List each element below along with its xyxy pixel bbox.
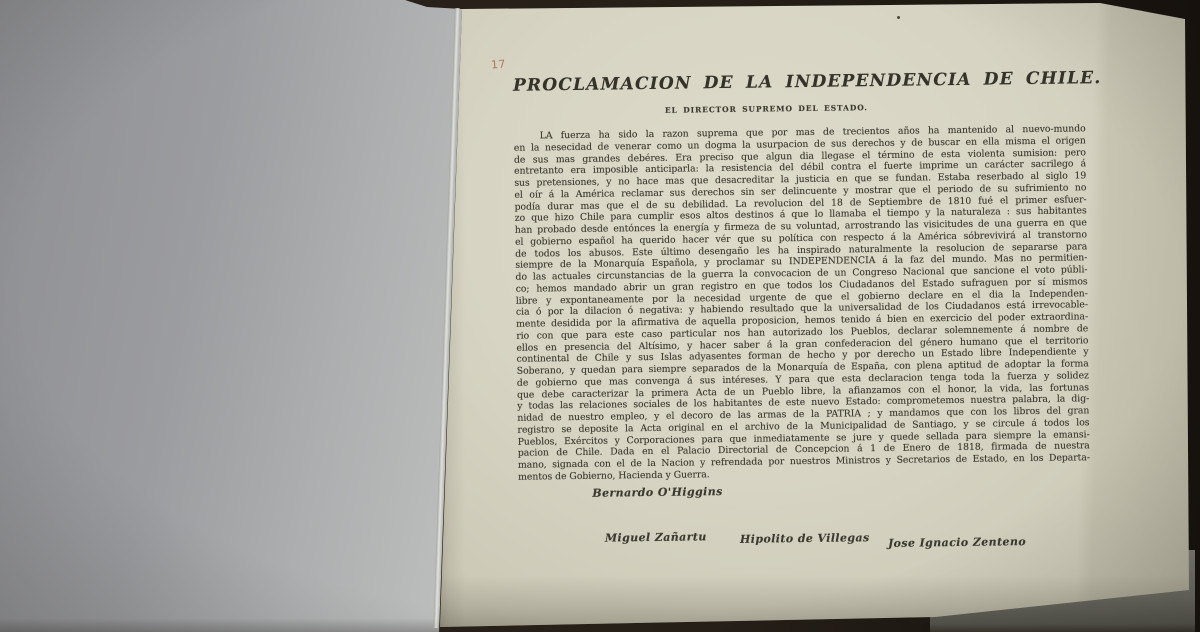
handwritten-mark: 17: [491, 57, 507, 71]
document-body: LA fuerza ha sido la razon suprema que p…: [514, 123, 1091, 483]
signatory-name: Hipolito de Villegas: [740, 531, 870, 546]
document-subtitle: EL DIRECTOR SUPREMO DEL ESTADO.: [480, 101, 1052, 117]
dust-speck: [897, 16, 900, 19]
signatory-name: Jose Ignacio Zenteno: [888, 535, 1026, 550]
photo-of-open-document: PROCLAMACION DE LA INDEPENDENCIA DE CHIL…: [0, 0, 1200, 632]
printed-text-block: PROCLAMACION DE LA INDEPENDENCIA DE CHIL…: [513, 68, 1091, 556]
left-blank-page: [0, 0, 470, 632]
signatories-row: Miguel ZañartuHipolito de VillegasJose I…: [519, 525, 1091, 556]
signature-ohiggins: Bernardo O'Higgins: [592, 480, 1090, 500]
signatory-name: Miguel Zañartu: [605, 530, 707, 544]
document-title: PROCLAMACION DE LA INDEPENDENCIA DE CHIL…: [513, 68, 1085, 95]
right-printed-page: PROCLAMACION DE LA INDEPENDENCIA DE CHIL…: [435, 0, 1200, 632]
